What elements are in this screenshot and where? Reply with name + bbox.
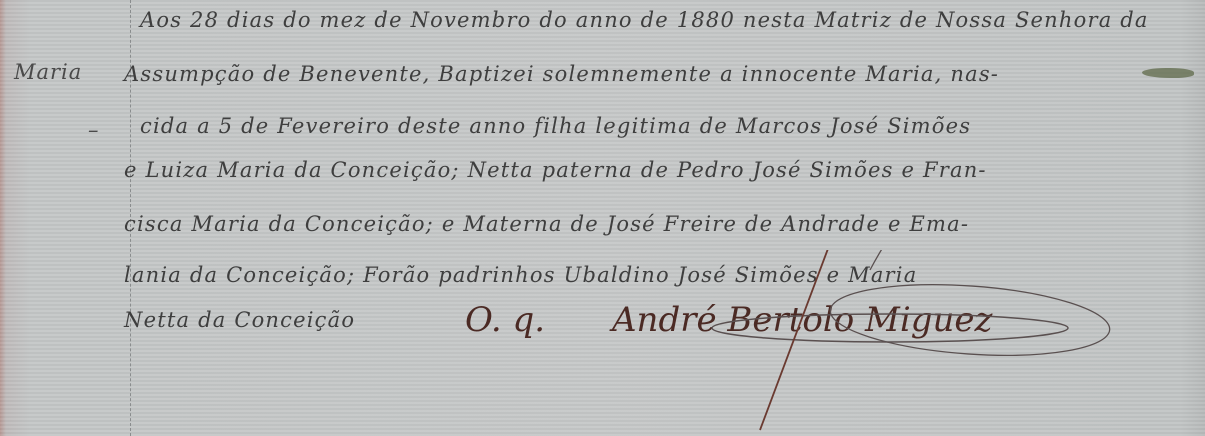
ink-stain xyxy=(1142,68,1194,78)
record-line-4: e Luiza Maria da Conceição; Netta patern… xyxy=(124,158,987,182)
record-line-2: Assumpção de Benevente, Baptizei solemne… xyxy=(124,62,999,86)
margin-name: Maria xyxy=(14,60,82,84)
record-line-3: cida a 5 de Fevereiro deste anno filha l… xyxy=(140,114,971,138)
signature-flourish-icon xyxy=(700,250,1160,436)
signature-initials: O. q. xyxy=(465,300,545,340)
record-line-7: Netta da Conceição xyxy=(124,308,355,332)
margin-mark: – xyxy=(88,118,100,142)
record-line-5: cisca Maria da Conceição; e Materna de J… xyxy=(124,212,969,236)
record-line-1: Aos 28 dias do mez de Novembro do anno d… xyxy=(140,8,1149,32)
document-page: Maria – Aos 28 dias do mez de Novembro d… xyxy=(0,0,1205,436)
